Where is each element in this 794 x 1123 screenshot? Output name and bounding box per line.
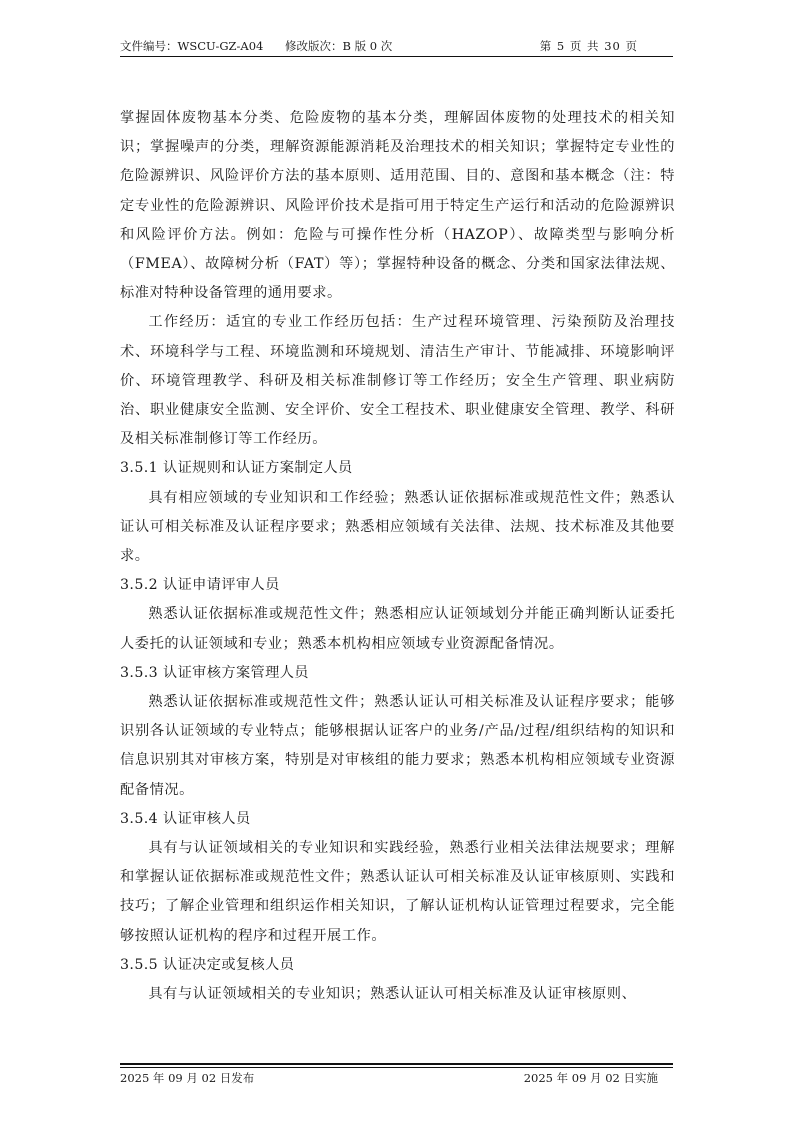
section-heading-3-5-4: 3.5.4 认证审核人员 [120, 805, 675, 834]
paragraph-3-5-2: 熟悉认证依据标准或规范性文件；熟悉相应认证领域划分并能正确判断认证委托人委托的认… [120, 600, 675, 658]
section-heading-3-5-3: 3.5.3 认证审核方案管理人员 [120, 659, 675, 688]
paragraph-3-5-5: 具有与认证领域相关的专业知识；熟悉认证认可相关标准及认证审核原则、 [120, 980, 675, 1009]
paragraph-work-experience: 工作经历：适宜的专业工作经历包括：生产过程环境管理、污染预防及治理技术、环境科学… [120, 308, 675, 454]
effective-date: 2025 年 09 月 02 日实施 [524, 1070, 658, 1086]
section-heading-3-5-2: 3.5.2 认证申请评审人员 [120, 571, 675, 600]
document-body: 掌握固体废物基本分类、危险废物的基本分类，理解固体废物的处理技术的相关知识；掌握… [120, 104, 675, 1009]
footer-divider-thin [120, 1067, 673, 1068]
page-header: 文件编号：WSCU-GZ-A04 修改版次：B 版 0 次 第 5 页 共 30… [120, 36, 673, 57]
paragraph-3-5-4: 具有与认证领域相关的专业知识和实践经验，熟悉行业相关法律法规要求；理解和掌握认证… [120, 834, 675, 951]
paragraph-3-5-3: 熟悉认证依据标准或规范性文件；熟悉认证认可相关标准及认证程序要求；能够识别各认证… [120, 688, 675, 805]
paragraph-3-5-1: 具有相应领域的专业知识和工作经验；熟悉认证依据标准或规范性文件；熟悉认证认可相关… [120, 484, 675, 572]
section-heading-3-5-5: 3.5.5 认证决定或复核人员 [120, 951, 675, 980]
page-indicator: 第 5 页 共 30 页 [540, 38, 638, 54]
document-number: 文件编号：WSCU-GZ-A04 [120, 38, 263, 54]
revision-label: 修改版次：B 版 0 次 [285, 38, 392, 54]
paragraph-knowledge: 掌握固体废物基本分类、危险废物的基本分类，理解固体废物的处理技术的相关知识；掌握… [120, 104, 675, 308]
issue-date: 2025 年 09 月 02 日发布 [120, 1070, 254, 1086]
section-heading-3-5-1: 3.5.1 认证规则和认证方案制定人员 [120, 454, 675, 483]
footer-divider-thick [120, 1063, 673, 1065]
